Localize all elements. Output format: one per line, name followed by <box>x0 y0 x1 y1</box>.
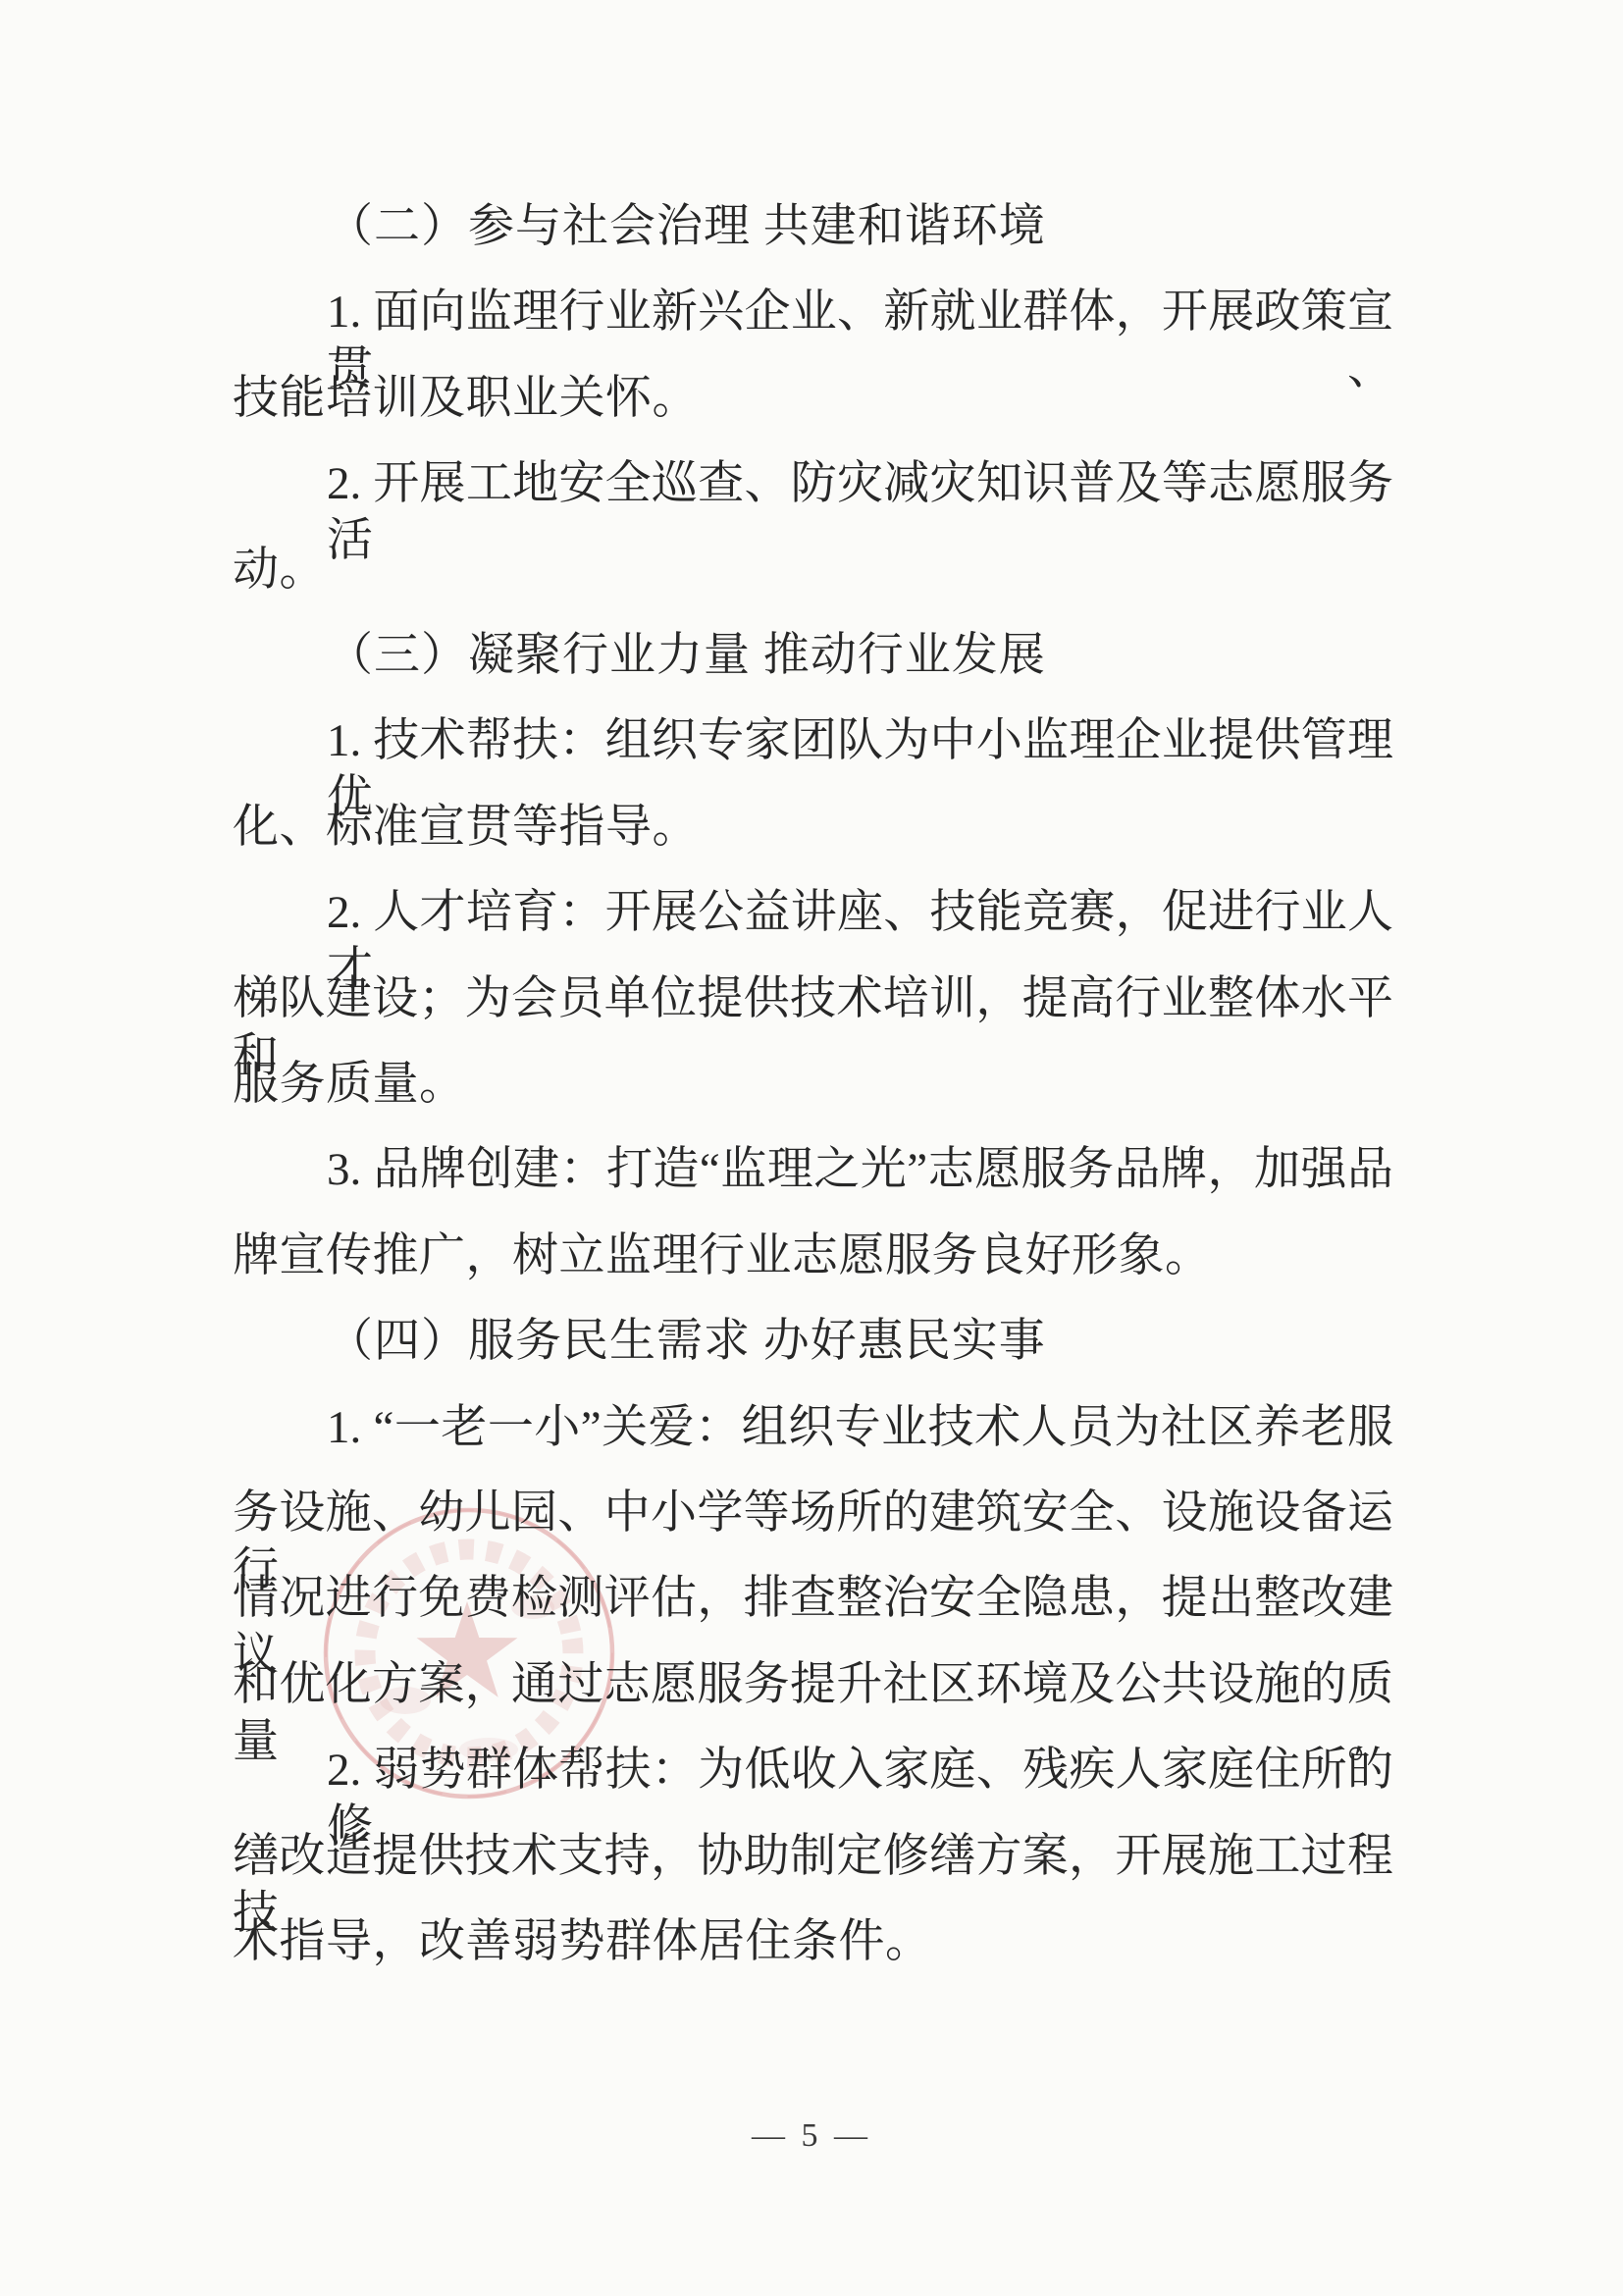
text-line: 技能培训及职业关怀。 <box>233 370 699 427</box>
text-line: 化、标准宣贯等指导。 <box>233 799 699 856</box>
document-page: （二）参与社会治理 共建和谐环境 1. 面向监理行业新兴企业、新就业群体，开展政… <box>0 0 1623 2296</box>
text-line: 3. 品牌创建：打造“监理之光”志愿服务品牌，加强品 <box>327 1141 1393 1198</box>
text-line: 2. 开展工地安全巡查、防灾减灾知识普及等志愿服务活 <box>327 455 1393 569</box>
section-heading-3: （三）凝聚行业力量 推动行业发展 <box>327 627 1046 684</box>
section-heading-4: （四）服务民生需求 办好惠民实事 <box>327 1313 1046 1370</box>
page-number: — 5 — <box>0 2117 1623 2155</box>
text-line: 牌宣传推广，树立监理行业志愿服务良好形象。 <box>233 1227 1212 1284</box>
text-line: 动。 <box>233 542 326 599</box>
section-heading-2: （二）参与社会治理 共建和谐环境 <box>327 198 1046 255</box>
text-line: 术指导，改善弱势群体居住条件。 <box>233 1913 932 1970</box>
text-line: 服务质量。 <box>233 1056 466 1113</box>
text-line: 1. “一老一小”关爱：组织专业技术人员为社区养老服 <box>327 1399 1393 1456</box>
